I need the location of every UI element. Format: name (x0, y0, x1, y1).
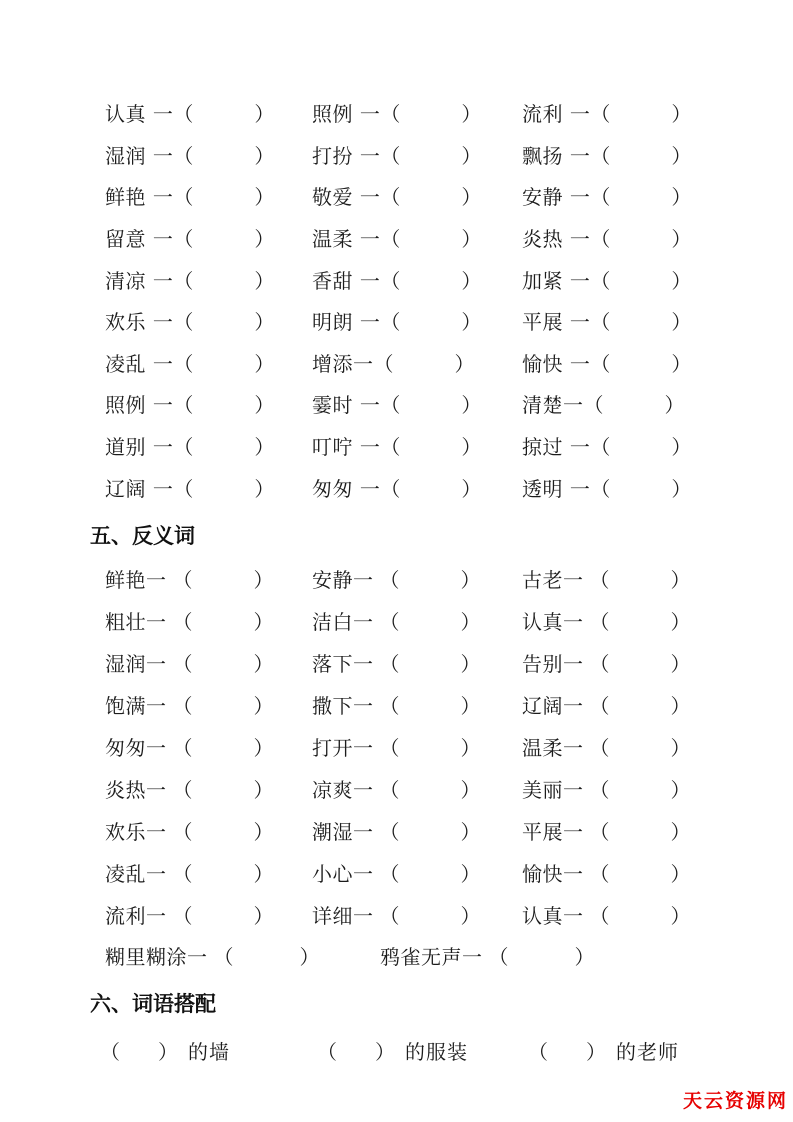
close-paren: ） (254, 431, 274, 460)
word-pair-cell: 炎热一（） (105, 774, 312, 803)
word-label: 凌乱 一 (105, 348, 173, 377)
answer-blank (400, 829, 461, 831)
word-pair-cell: 潮湿一（） (312, 816, 522, 845)
close-paren: ） (671, 306, 691, 335)
open-paren: （ (173, 98, 193, 127)
word-pair-cell: 清凉 一（） (105, 265, 312, 294)
close-paren: ） (375, 1036, 395, 1065)
word-label: 洁白一 (312, 606, 374, 635)
close-paren: ） (461, 732, 481, 761)
word-pair-row: 粗壮一（）洁白一（）认真一（） (105, 600, 733, 642)
word-label: 流利一 (105, 900, 167, 929)
word-label: 撒下一 (312, 690, 374, 719)
word-pair-cell: 湿润一（） (105, 648, 312, 677)
word-pair-cell: 凌乱 一（） (105, 348, 312, 377)
word-pair-cell: 霎时 一（） (312, 389, 522, 418)
close-paren: ） (665, 389, 685, 418)
word-label: 饱满一 (105, 690, 167, 719)
word-pair-cell: 欢乐一（） (105, 816, 312, 845)
close-paren: ） (300, 941, 320, 970)
close-paren: ） (254, 858, 274, 887)
answer-blank (400, 195, 461, 197)
close-paren: ） (671, 265, 691, 294)
open-paren: （ (380, 431, 400, 460)
close-paren: ） (461, 648, 481, 677)
answer-blank (400, 153, 461, 155)
open-paren: （ (173, 900, 193, 929)
word-pair-cell: 辽阔 一（） (105, 473, 312, 502)
word-label: 湿润 一 (105, 140, 173, 169)
word-pair-cell: 炎热 一（） (522, 223, 733, 252)
answer-blank (400, 662, 461, 664)
open-paren: （ (380, 606, 400, 635)
answer-blank (193, 662, 254, 664)
word-label: 留意 一 (105, 223, 173, 252)
close-paren: ） (254, 900, 274, 929)
close-paren: ） (671, 606, 691, 635)
open-paren: （ (590, 606, 610, 635)
close-paren: ） (254, 98, 274, 127)
answer-blank (400, 237, 461, 239)
watermark: 天云资源网 (683, 1086, 788, 1113)
answer-blank (400, 320, 461, 322)
close-paren: ） (254, 648, 274, 677)
word-pair-cell: 辽阔一（） (522, 690, 733, 719)
answer-blank (610, 320, 671, 322)
answer-blank (193, 112, 254, 114)
word-pair-row: 欢乐 一（）明朗 一（）平展 一（） (105, 300, 733, 342)
word-pair-row: 凌乱 一（）增添一（）愉快 一（） (105, 342, 733, 384)
word-label: 流利 一 (522, 98, 590, 127)
word-pair-cell: 流利 一（） (522, 98, 733, 127)
word-label: 欢乐一 (105, 816, 167, 845)
word-label: 欢乐 一 (105, 306, 173, 335)
word-label: 清楚一 (522, 389, 584, 418)
close-paren: ） (671, 732, 691, 761)
answer-blank (193, 195, 254, 197)
collocation-cell: （）的墙 (100, 1036, 317, 1065)
word-pair-cell: 香甜 一（） (312, 265, 522, 294)
close-paren: ） (461, 98, 481, 127)
word-pair-row: 湿润 一（）打扮 一（）飘扬 一（） (105, 134, 733, 176)
open-paren: （ (380, 140, 400, 169)
word-pair-row: 清凉 一（）香甜 一（）加紧 一（） (105, 258, 733, 300)
close-paren: ） (254, 223, 274, 252)
word-pair-cell: 古老一（） (522, 564, 733, 593)
answer-blank (610, 278, 671, 280)
word-pair-row: 湿润一（）落下一（）告别一（） (105, 642, 733, 684)
word-pair-cell: 叮咛 一（） (312, 431, 522, 460)
word-label: 辽阔一 (522, 690, 584, 719)
collocation-heading: 六、词语搭配 (90, 991, 216, 1018)
open-paren: （ (214, 941, 234, 970)
open-paren: （ (590, 858, 610, 887)
word-label: 辽阔 一 (105, 473, 173, 502)
answer-blank (193, 829, 254, 831)
open-paren: （ (380, 265, 400, 294)
word-pair-cell: 鲜艳 一（） (105, 181, 312, 210)
open-paren: （ (380, 900, 400, 929)
answer-blank (610, 237, 671, 239)
open-paren: （ (374, 348, 394, 377)
open-paren: （ (590, 348, 610, 377)
word-label: 温柔 一 (312, 223, 380, 252)
close-paren: ） (575, 941, 595, 970)
open-paren: （ (173, 690, 193, 719)
open-paren: （ (380, 473, 400, 502)
word-label: 鲜艳 一 (105, 181, 173, 210)
word-pair-cell: 温柔 一（） (312, 223, 522, 252)
word-label: 糊里糊涂一 (105, 941, 208, 970)
close-paren: ） (254, 140, 274, 169)
close-paren: ） (461, 690, 481, 719)
answer-blank (610, 361, 671, 363)
answer-blank (193, 787, 254, 789)
word-pair-row: 流利一（）详细一（）认真一（） (105, 893, 733, 935)
word-pair-cell: 匆匆一（） (105, 732, 312, 761)
close-paren: ） (254, 606, 274, 635)
open-paren: （ (590, 774, 610, 803)
answer-blank (193, 486, 254, 488)
close-paren: ） (671, 648, 691, 677)
answer-blank (610, 445, 671, 447)
open-paren: （ (590, 98, 610, 127)
word-pair-cell: 清楚一（） (522, 389, 733, 418)
collocation-suffix: 的服装 (405, 1036, 468, 1065)
word-label: 鲜艳一 (105, 564, 167, 593)
answer-blank (610, 153, 671, 155)
collocation-row: （）的墙（）的服装（）的老师 (100, 1030, 750, 1071)
word-pair-cell: 洁白一（） (312, 606, 522, 635)
word-pair-row: 道别 一（）叮咛 一（）掠过 一（） (105, 425, 733, 467)
word-label: 认真一 (522, 900, 584, 929)
word-pair-cell: 掠过 一（） (522, 431, 733, 460)
word-label: 古老一 (522, 564, 584, 593)
close-paren: ） (461, 816, 481, 845)
close-paren: ） (671, 473, 691, 502)
word-label: 平展一 (522, 816, 584, 845)
close-paren: ） (671, 564, 691, 593)
close-paren: ） (671, 140, 691, 169)
word-label: 愉快一 (522, 858, 584, 887)
open-paren: （ (584, 389, 604, 418)
close-paren: ） (254, 816, 274, 845)
open-paren: （ (380, 774, 400, 803)
answer-blank (193, 361, 254, 363)
close-paren: ） (461, 900, 481, 929)
open-paren: （ (380, 564, 400, 593)
word-pair-cell: 欢乐 一（） (105, 306, 312, 335)
open-paren: （ (173, 858, 193, 887)
open-paren: （ (380, 389, 400, 418)
word-label: 详细一 (312, 900, 374, 929)
word-label: 落下一 (312, 648, 374, 677)
answer-blank (610, 112, 671, 114)
open-paren: （ (173, 648, 193, 677)
open-paren: （ (380, 690, 400, 719)
word-pair-cell: 饱满一（） (105, 690, 312, 719)
word-pair-cell: 愉快一（） (522, 858, 733, 887)
word-label: 潮湿一 (312, 816, 374, 845)
close-paren: ） (461, 140, 481, 169)
open-paren: （ (590, 816, 610, 845)
open-paren: （ (173, 140, 193, 169)
close-paren: ） (671, 900, 691, 929)
word-pair-cell: 鸦雀无声一（） (380, 941, 595, 970)
word-pair-row: 欢乐一（）潮湿一（）平展一（） (105, 809, 733, 851)
close-paren: ） (461, 223, 481, 252)
close-paren: ） (254, 564, 274, 593)
word-label: 匆匆 一 (312, 473, 380, 502)
answer-blank (193, 237, 254, 239)
open-paren: （ (173, 732, 193, 761)
close-paren: ） (461, 431, 481, 460)
open-paren: （ (173, 223, 193, 252)
word-pair-cell: 愉快 一（） (522, 348, 733, 377)
word-label: 道别 一 (105, 431, 173, 460)
word-pair-cell: 认真一（） (522, 900, 733, 929)
close-paren: ） (671, 690, 691, 719)
word-pair-cell: 湿润 一（） (105, 140, 312, 169)
collocation-cell: （）的老师 (528, 1036, 750, 1065)
open-paren: （ (590, 140, 610, 169)
answer-blank (610, 871, 671, 873)
word-pair-cell: 照例 一（） (312, 98, 522, 127)
word-label: 安静一 (312, 564, 374, 593)
word-label: 清凉 一 (105, 265, 173, 294)
answer-blank (610, 486, 671, 488)
word-label: 香甜 一 (312, 265, 380, 294)
close-paren: ） (254, 774, 274, 803)
word-pair-cell: 匆匆 一（） (312, 473, 522, 502)
close-paren: ） (461, 306, 481, 335)
answer-blank (193, 153, 254, 155)
open-paren: （ (173, 431, 193, 460)
close-paren: ） (461, 181, 481, 210)
close-paren: ） (671, 858, 691, 887)
close-paren: ） (254, 690, 274, 719)
open-paren: （ (380, 98, 400, 127)
word-pair-row: 鲜艳 一（）敬爱 一（）安静 一（） (105, 175, 733, 217)
word-label: 凉爽一 (312, 774, 374, 803)
answer-blank (509, 955, 575, 957)
word-label: 温柔一 (522, 732, 584, 761)
word-label: 敬爱 一 (312, 181, 380, 210)
answer-blank (610, 662, 671, 664)
open-paren: （ (380, 732, 400, 761)
close-paren: ） (254, 265, 274, 294)
open-paren: （ (173, 564, 193, 593)
answer-blank (610, 787, 671, 789)
word-pair-cell: 美丽一（） (522, 774, 733, 803)
word-label: 明朗 一 (312, 306, 380, 335)
answer-blank (400, 620, 461, 622)
close-paren: ） (461, 774, 481, 803)
word-label: 粗壮一 (105, 606, 167, 635)
word-label: 平展 一 (522, 306, 590, 335)
answer-blank (337, 1050, 375, 1052)
word-label: 霎时 一 (312, 389, 380, 418)
open-paren: （ (173, 389, 193, 418)
word-pair-cell: 加紧 一（） (522, 265, 733, 294)
synonym-rows: 认真 一（）照例 一（）流利 一（）湿润 一（）打扮 一（）飘扬 一（）鲜艳 一… (105, 92, 733, 508)
close-paren: ） (254, 306, 274, 335)
word-pair-cell: 打开一（） (312, 732, 522, 761)
answer-blank (400, 746, 461, 748)
word-label: 叮咛 一 (312, 431, 380, 460)
idiom-pair-row: 糊里糊涂一（）鸦雀无声一（） (105, 935, 733, 977)
close-paren: ） (455, 348, 475, 377)
open-paren: （ (173, 348, 193, 377)
close-paren: ） (671, 431, 691, 460)
word-label: 加紧 一 (522, 265, 590, 294)
word-label: 打扮 一 (312, 140, 380, 169)
open-paren: （ (173, 816, 193, 845)
answer-blank (193, 320, 254, 322)
word-label: 增添一 (312, 348, 374, 377)
close-paren: ） (671, 774, 691, 803)
answer-blank (234, 955, 300, 957)
word-pair-cell: 照例 一（） (105, 389, 312, 418)
answer-blank (120, 1050, 158, 1052)
close-paren: ） (671, 348, 691, 377)
close-paren: ） (158, 1036, 178, 1065)
open-paren: （ (173, 181, 193, 210)
open-paren: （ (173, 265, 193, 294)
close-paren: ） (254, 348, 274, 377)
word-pair-cell: 认真 一（） (105, 98, 312, 127)
open-paren: （ (489, 941, 509, 970)
open-paren: （ (590, 431, 610, 460)
open-paren: （ (317, 1036, 337, 1065)
open-paren: （ (590, 181, 610, 210)
collocation-suffix: 的老师 (616, 1036, 679, 1065)
word-label: 炎热一 (105, 774, 167, 803)
open-paren: （ (100, 1036, 120, 1065)
word-pair-row: 留意 一（）温柔 一（）炎热 一（） (105, 217, 733, 259)
open-paren: （ (528, 1036, 548, 1065)
word-pair-row: 照例 一（）霎时 一（）清楚一（） (105, 383, 733, 425)
close-paren: ） (461, 265, 481, 294)
answer-blank (400, 278, 461, 280)
word-pair-cell: 打扮 一（） (312, 140, 522, 169)
answer-blank (400, 913, 461, 915)
word-pair-cell: 安静一（） (312, 564, 522, 593)
close-paren: ） (461, 389, 481, 418)
word-pair-cell: 平展一（） (522, 816, 733, 845)
open-paren: （ (173, 774, 193, 803)
answer-blank (610, 913, 671, 915)
word-label: 掠过 一 (522, 431, 590, 460)
word-pair-cell: 敬爱 一（） (312, 181, 522, 210)
word-pair-cell: 撒下一（） (312, 690, 522, 719)
word-pair-cell: 平展 一（） (522, 306, 733, 335)
close-paren: ） (671, 223, 691, 252)
word-pair-cell: 透明 一（） (522, 473, 733, 502)
answer-blank (193, 704, 254, 706)
word-pair-row: 认真 一（）照例 一（）流利 一（） (105, 92, 733, 134)
open-paren: （ (380, 181, 400, 210)
word-pair-cell: 流利一（） (105, 900, 312, 929)
word-pair-cell: 糊里糊涂一（） (105, 941, 380, 970)
answer-blank (400, 787, 461, 789)
open-paren: （ (380, 306, 400, 335)
antonym-rows: 鲜艳一（）安静一（）古老一（）粗壮一（）洁白一（）认真一（）湿润一（）落下一（）… (105, 558, 733, 977)
word-pair-cell: 飘扬 一（） (522, 140, 733, 169)
answer-blank (610, 746, 671, 748)
word-pair-row: 炎热一（）凉爽一（）美丽一（） (105, 767, 733, 809)
answer-blank (394, 361, 455, 363)
word-label: 湿润一 (105, 648, 167, 677)
word-label: 打开一 (312, 732, 374, 761)
open-paren: （ (380, 648, 400, 677)
word-label: 透明 一 (522, 473, 590, 502)
word-pair-cell: 明朗 一（） (312, 306, 522, 335)
answer-blank (193, 746, 254, 748)
word-pair-cell: 小心一（） (312, 858, 522, 887)
antonyms-heading: 五、反义词 (90, 523, 195, 550)
word-label: 告别一 (522, 648, 584, 677)
word-label: 认真 一 (105, 98, 173, 127)
answer-blank (400, 403, 461, 405)
word-pair-row: 凌乱一（）小心一（）愉快一（） (105, 851, 733, 893)
word-label: 小心一 (312, 858, 374, 887)
open-paren: （ (590, 690, 610, 719)
close-paren: ） (254, 389, 274, 418)
close-paren: ） (671, 181, 691, 210)
word-pair-cell: 增添一（） (312, 348, 522, 377)
word-pair-row: 饱满一（）撒下一（）辽阔一（） (105, 684, 733, 726)
open-paren: （ (590, 265, 610, 294)
open-paren: （ (590, 223, 610, 252)
answer-blank (610, 578, 671, 580)
close-paren: ） (254, 732, 274, 761)
open-paren: （ (590, 473, 610, 502)
close-paren: ） (461, 606, 481, 635)
open-paren: （ (590, 306, 610, 335)
close-paren: ） (461, 564, 481, 593)
collocation-suffix: 的墙 (188, 1036, 230, 1065)
answer-blank (193, 871, 254, 873)
word-pair-cell: 粗壮一（） (105, 606, 312, 635)
word-pair-cell: 告别一（） (522, 648, 733, 677)
answer-blank (610, 195, 671, 197)
word-pair-cell: 凌乱一（） (105, 858, 312, 887)
answer-blank (193, 278, 254, 280)
word-pair-cell: 认真一（） (522, 606, 733, 635)
word-label: 照例 一 (105, 389, 173, 418)
answer-blank (400, 486, 461, 488)
answer-blank (400, 871, 461, 873)
open-paren: （ (173, 306, 193, 335)
close-paren: ） (671, 98, 691, 127)
answer-blank (193, 578, 254, 580)
answer-blank (400, 112, 461, 114)
answer-blank (193, 445, 254, 447)
word-pair-cell: 凉爽一（） (312, 774, 522, 803)
worksheet-page: 认真 一（）照例 一（）流利 一（）湿润 一（）打扮 一（）飘扬 一（）鲜艳 一… (0, 0, 793, 1122)
answer-blank (400, 704, 461, 706)
close-paren: ） (461, 858, 481, 887)
word-label: 安静 一 (522, 181, 590, 210)
word-pair-row: 鲜艳一（）安静一（）古老一（） (105, 558, 733, 600)
answer-blank (193, 620, 254, 622)
close-paren: ） (586, 1036, 606, 1065)
word-pair-cell: 温柔一（） (522, 732, 733, 761)
answer-blank (604, 403, 665, 405)
word-label: 凌乱一 (105, 858, 167, 887)
open-paren: （ (380, 223, 400, 252)
